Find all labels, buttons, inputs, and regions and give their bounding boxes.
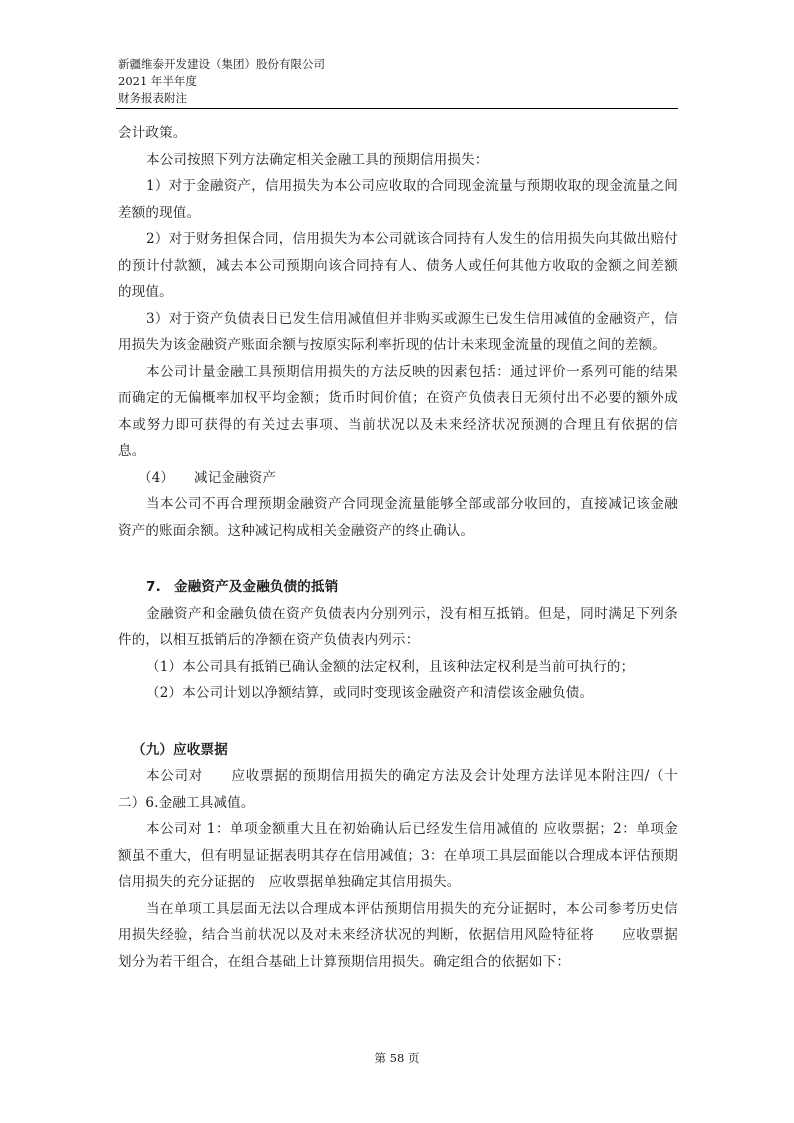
section-number: 7. (146, 574, 174, 601)
paragraph: 本公司计量金融工具预期信用损失的方法反映的因素包括：通过评价一系列可能的结果而确… (118, 359, 678, 465)
section-heading: （九）应收票据 (118, 737, 678, 764)
paragraph: 本公司按照下列方法确定相关金融工具的预期信用损失： (118, 147, 678, 174)
paragraph: 当本公司不再合理预期金融资产合同现金流量能够全部或部分收回的，直接减记该金融资产… (118, 491, 678, 544)
report-period: 2021 年半年度 (118, 73, 678, 90)
subsection-number: （4） (118, 465, 194, 492)
document-title: 财务报表附注 (118, 90, 678, 107)
page-number: 第 58 页 (0, 1050, 794, 1066)
paragraph: 本公司对 应收票据的预期信用损失的确定方法及会计处理方法详见本附注四/（十二）6… (118, 763, 678, 816)
section-heading: 7.金融资产及金融负债的抵销 (118, 574, 678, 601)
section-title: 金融资产及金融负债的抵销 (174, 579, 338, 595)
document-body: 会计政策。 本公司按照下列方法确定相关金融工具的预期信用损失： 1）对于金融资产… (118, 120, 678, 975)
paragraph: 当在单项工具层面无法以合理成本评估预期信用损失的充分证据时，本公司参考历史信用损… (118, 896, 678, 976)
list-item-financial-assets: 1）对于金融资产，信用损失为本公司应收取的合同现金流量与预期收取的现金流量之间差… (118, 173, 678, 226)
company-name: 新疆维泰开发建设（集团）股份有限公司 (118, 56, 678, 73)
paragraph: 金融资产和金融负债在资产负债表内分别列示，没有相互抵销。但是，同时满足下列条件的… (118, 601, 678, 654)
paragraph: 会计政策。 (118, 120, 678, 147)
list-item: （1）本公司具有抵销已确认金额的法定权利，且该种法定权利是当前可执行的； (118, 654, 678, 681)
paragraph: 本公司对 1：单项金额重大且在初始确认后已经发生信用减值的 应收票据；2：单项金… (118, 816, 678, 896)
page-header: 新疆维泰开发建设（集团）股份有限公司 2021 年半年度 财务报表附注 (118, 56, 678, 107)
header-divider (116, 108, 678, 109)
subsection-heading: （4）减记金融资产 (118, 465, 678, 492)
subsection-title: 减记金融资产 (194, 470, 276, 486)
list-item-credit-impaired: 3）对于资产负债表日已发生信用减值但并非购买或源生已发生信用减值的金融资产，信用… (118, 306, 678, 359)
list-item-financial-guarantee: 2）对于财务担保合同，信用损失为本公司就该合同持有人发生的信用损失向其做出赔付的… (118, 226, 678, 306)
list-item: （2）本公司计划以净额结算，或同时变现该金融资产和清偿该金融负债。 (118, 680, 678, 707)
